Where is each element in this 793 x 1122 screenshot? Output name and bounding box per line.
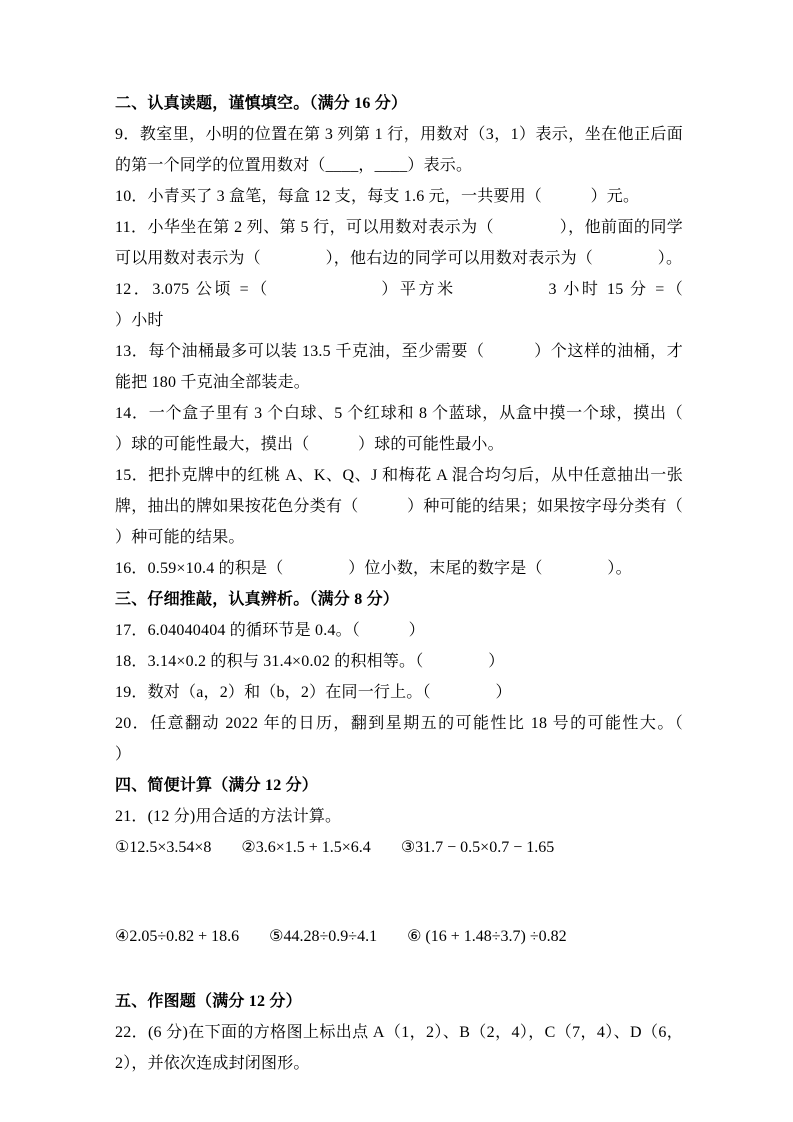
section-5-header: 五、作图题（满分 12 分） — [115, 986, 683, 1017]
calc-item-1: ①12.5×3.54×8 — [115, 832, 211, 863]
question-17: 17．6.04040404 的循环节是 0.4。（ ） — [115, 615, 683, 646]
question-11: 11．小华坐在第 2 列、第 5 行，可以用数对表示为（ ），他前面的同学可以用… — [115, 212, 683, 274]
question-15: 15．把扑克牌中的红桃 A、K、Q、J 和梅花 A 混合均匀后，从中任意抽出一张… — [115, 460, 683, 553]
calc-item-2: ②3.6×1.5 + 1.5×6.4 — [241, 832, 370, 863]
question-9: 9．教室里，小明的位置在第 3 列第 1 行，用数对（3，1）表示，坐在他正后面… — [115, 119, 683, 181]
question-18: 18．3.14×0.2 的积与 31.4×0.02 的积相等。（ ） — [115, 646, 683, 677]
calc-item-4: ④2.05÷0.82 + 18.6 — [115, 921, 239, 952]
calc-row-2: ④2.05÷0.82 + 18.6 ⑤44.28÷0.9÷4.1 ⑥ (16 +… — [115, 921, 683, 952]
question-22: 22．(6 分)在下面的方格图上标出点 A（1，2）、B（2，4），C（7，4）… — [115, 1017, 683, 1079]
exam-content: 二、认真读题，谨慎填空。（满分 16 分） 9．教室里，小明的位置在第 3 列第… — [0, 0, 793, 1079]
calc-item-5: ⑤44.28÷0.9÷4.1 — [269, 921, 377, 952]
question-14: 14．一个盒子里有 3 个白球、5 个红球和 8 个蓝球，从盒中摸一个球，摸出（… — [115, 398, 683, 460]
question-12: 12．3.075 公顷 =（ ）平方米 3 小时 15 分 =（ ）小时 — [115, 274, 683, 336]
calc-item-3: ③31.7 − 0.5×0.7 − 1.65 — [401, 832, 554, 863]
question-10: 10．小青买了 3 盒笔，每盒 12 支，每支 1.6 元，一共要用（ ）元。 — [115, 181, 683, 212]
question-13: 13．每个油桶最多可以装 13.5 千克油，至少需要（ ）个这样的油桶，才能把 … — [115, 336, 683, 398]
exam-page: 二、认真读题，谨慎填空。（满分 16 分） 9．教室里，小明的位置在第 3 列第… — [0, 0, 793, 1122]
calc-row-1: ①12.5×3.54×8 ②3.6×1.5 + 1.5×6.4 ③31.7 − … — [115, 832, 683, 863]
section-4-header: 四、简便计算（满分 12 分） — [115, 770, 683, 801]
question-21: 21．(12 分)用合适的方法计算。 — [115, 801, 683, 832]
calc-item-6: ⑥ (16 + 1.48÷3.7) ÷0.82 — [407, 921, 567, 952]
question-19: 19．数对（a，2）和（b，2）在同一行上。（ ） — [115, 677, 683, 708]
question-20: 20．任意翻动 2022 年的日历，翻到星期五的可能性比 18 号的可能性大。（… — [115, 708, 683, 770]
section-2-header: 二、认真读题，谨慎填空。（满分 16 分） — [115, 88, 683, 119]
question-16: 16．0.59×10.4 的积是（ ）位小数，末尾的数字是（ ）。 — [115, 553, 683, 584]
section-3-header: 三、仔细推敲，认真辨析。（满分 8 分） — [115, 584, 683, 615]
